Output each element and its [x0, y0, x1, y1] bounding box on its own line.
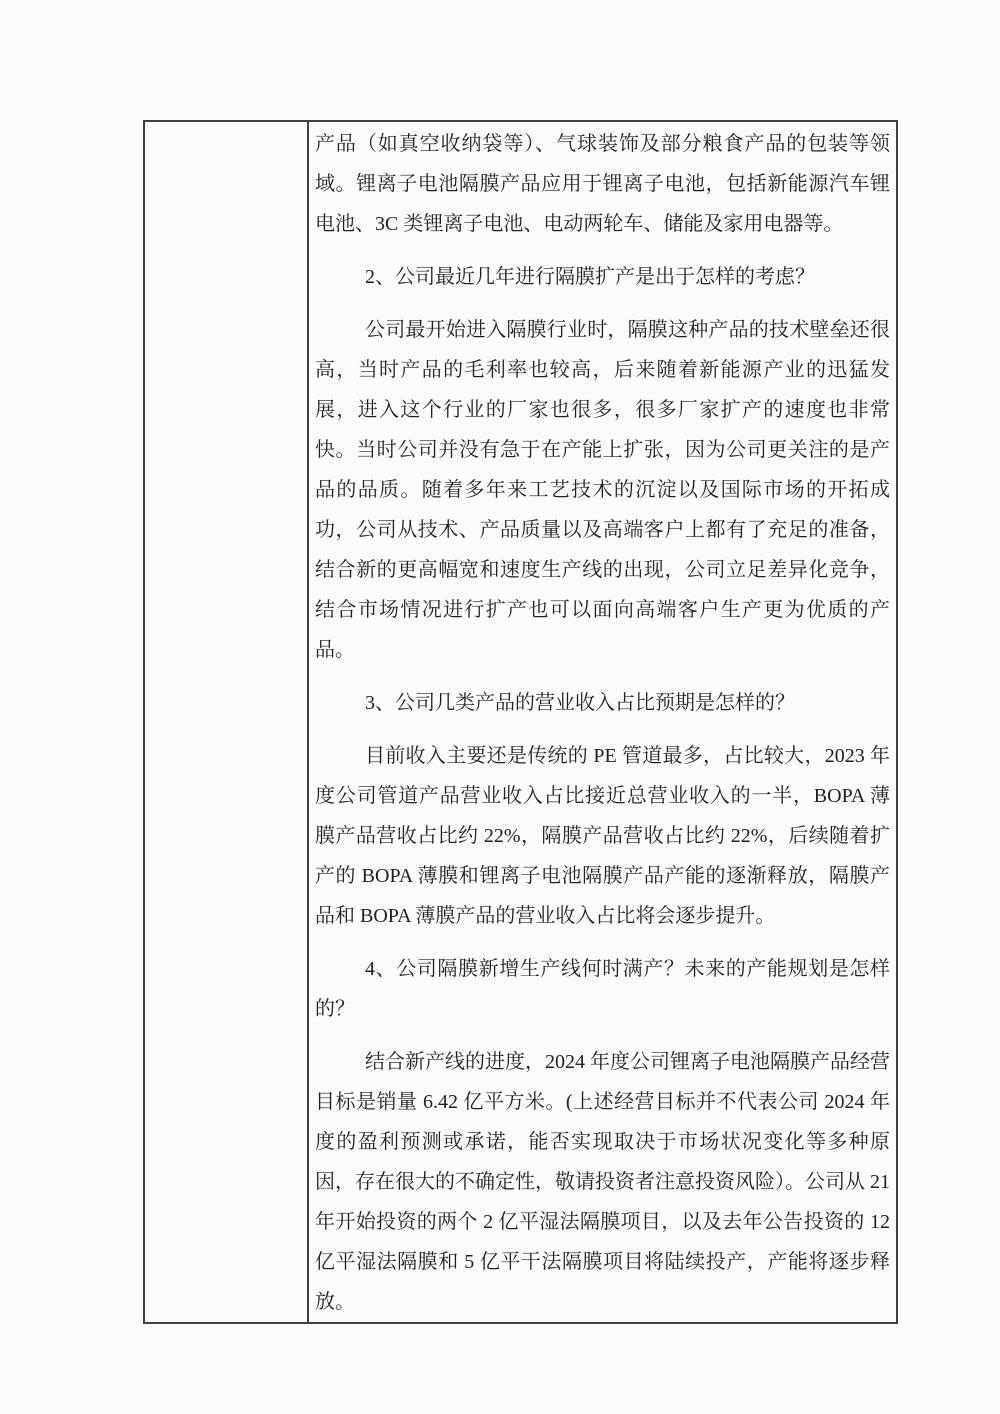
content-cell: 产品（如真空收纳袋等）、气球装饰及部分粮食产品的包装等领域。锂离子电池隔膜产品应…: [308, 121, 897, 1323]
qa-table: 产品（如真空收纳袋等）、气球装饰及部分粮食产品的包装等领域。锂离子电池隔膜产品应…: [143, 120, 898, 1324]
paragraph-question-2: 2、公司最近几年进行隔膜扩产是出于怎样的考虑？: [315, 257, 890, 297]
paragraph-answer-3: 目前收入主要还是传统的 PE 管道最多，占比较大，2023 年度公司管道产品营业…: [315, 736, 890, 936]
paragraph-answer-4: 结合新产线的进度，2024 年度公司锂离子电池隔膜产品经营目标是销量 6.42 …: [315, 1042, 890, 1322]
table-row: 产品（如真空收纳袋等）、气球装饰及部分粮食产品的包装等领域。锂离子电池隔膜产品应…: [144, 121, 897, 1323]
label-cell-empty: [144, 121, 308, 1323]
document-page: 产品（如真空收纳袋等）、气球装饰及部分粮食产品的包装等领域。锂离子电池隔膜产品应…: [0, 0, 1000, 1414]
paragraph-answer-2: 公司最开始进入隔膜行业时，隔膜这种产品的技术壁垒还很高，当时产品的毛利率也较高，…: [315, 310, 890, 670]
paragraph-body-continued: 产品（如真空收纳袋等）、气球装饰及部分粮食产品的包装等领域。锂离子电池隔膜产品应…: [315, 124, 890, 244]
paragraph-question-3: 3、公司几类产品的营业收入占比预期是怎样的？: [315, 683, 890, 723]
paragraph-question-4: 4、公司隔膜新增生产线何时满产？未来的产能规划是怎样的？: [315, 949, 890, 1029]
